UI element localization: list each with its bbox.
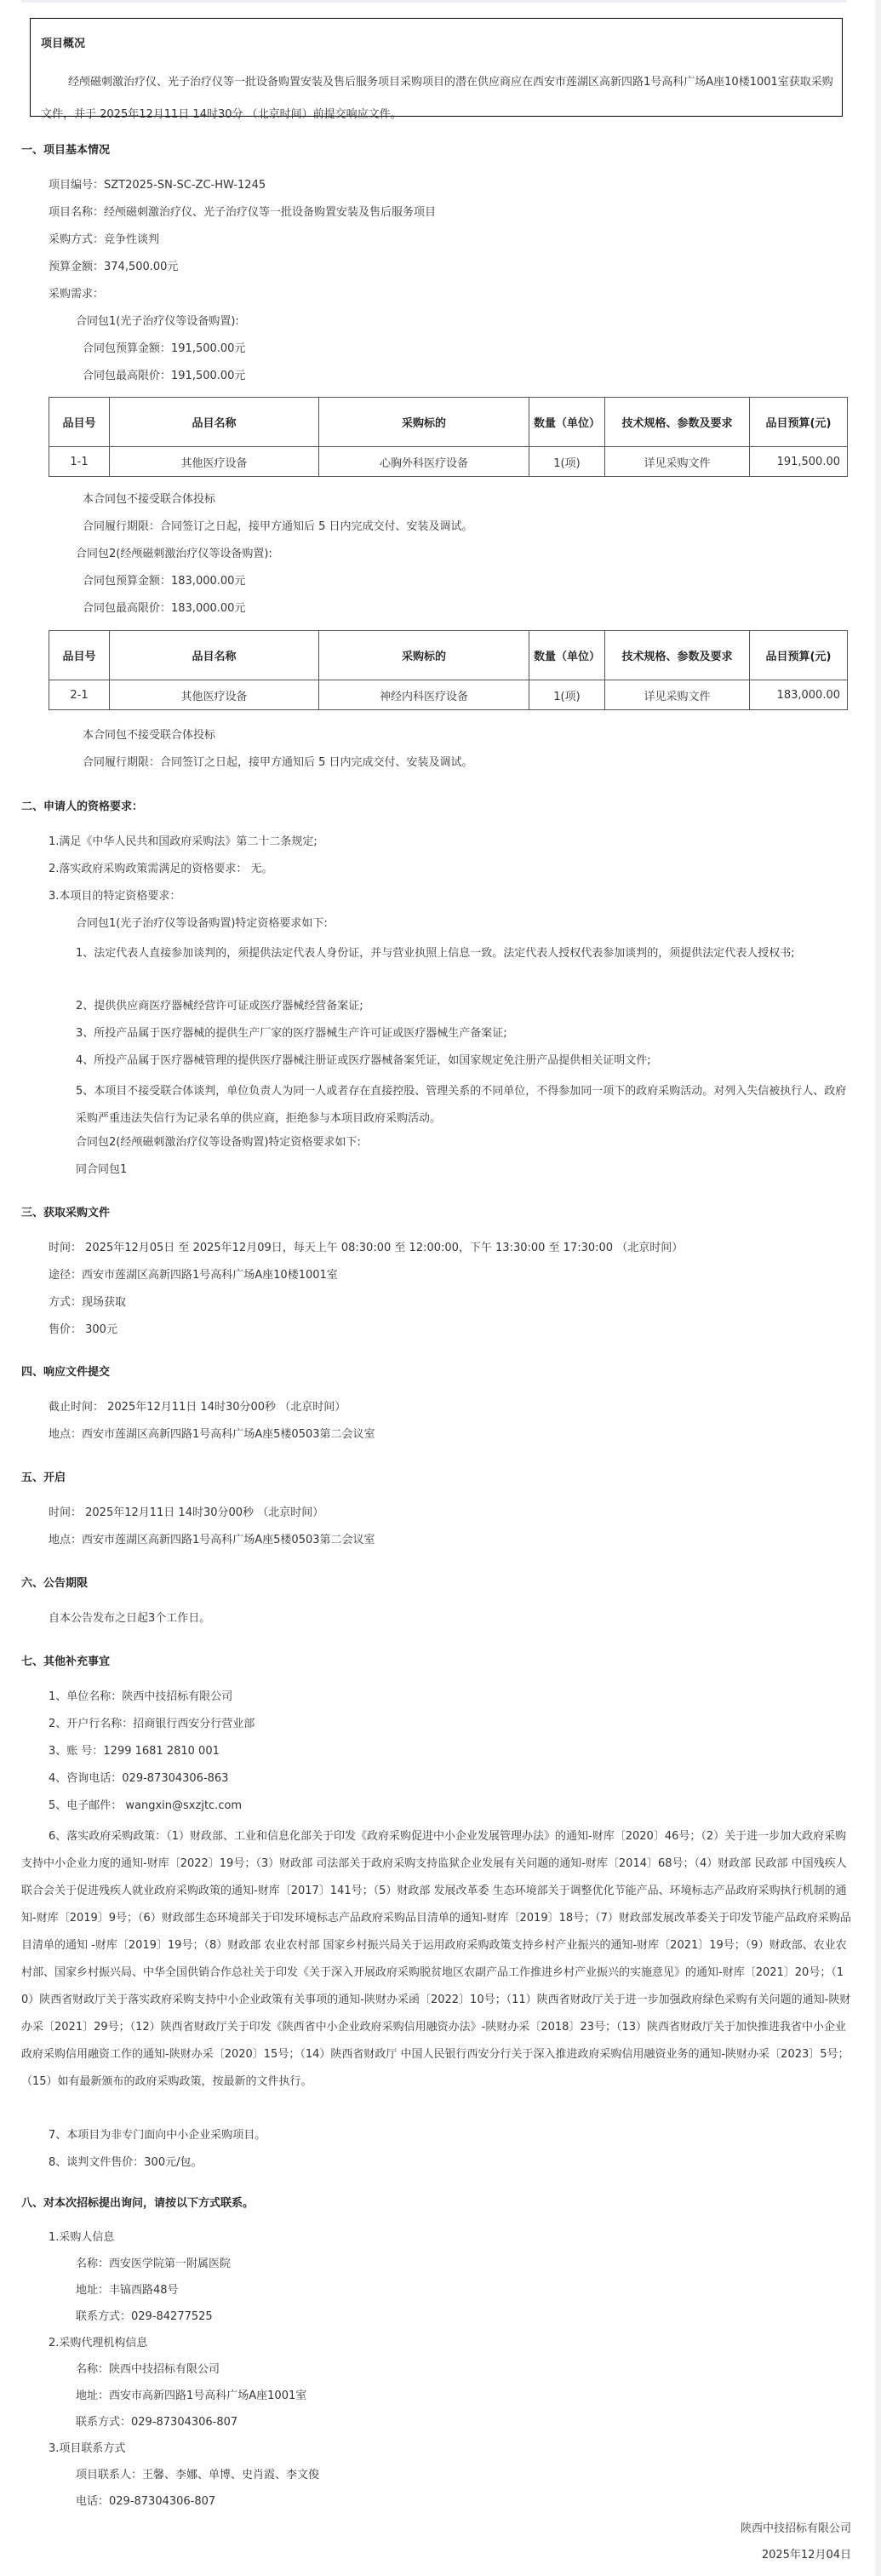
top-band xyxy=(21,0,847,3)
overview-title: 项目概况 xyxy=(41,34,85,50)
package-2-term: 合同履行期限：合同签订之日起，接甲方通知后 5 日内完成交付、安装及调试。 xyxy=(83,753,473,769)
buyer-address: 地址：丰镐西路48号 xyxy=(76,2281,179,2297)
buyer-contact: 联系方式：029-84277525 xyxy=(76,2307,213,2323)
package-2-budget: 合同包预算金额：183,000.00元 xyxy=(83,571,245,588)
col-target: 采购标的 xyxy=(319,398,529,447)
package-1-items-table: 品目号 品目名称 采购标的 数量（单位） 技术规格、参数及要求 品目预算(元) … xyxy=(49,397,848,477)
cell-budget: 183,000.00 xyxy=(750,680,848,710)
section-7-heading: 七、其他补充事宜 xyxy=(21,1652,110,1668)
package-2-qual-text: 同合同包1 xyxy=(76,1160,127,1176)
table-header-row: 品目号 品目名称 采购标的 数量（单位） 技术规格、参数及要求 品目预算(元) xyxy=(49,398,848,447)
col-item-name: 品目名称 xyxy=(110,631,319,680)
qualification-req-1: 1.满足《中华人民共和国政府采购法》第二十二条规定; xyxy=(49,832,318,848)
budget-amount: 预算金额：374,500.00元 xyxy=(49,257,178,273)
package-2-title: 合同包2(经颅磁刺激治疗仪等设备购置): xyxy=(76,544,272,560)
qualification-req-3: 3.本项目的特定资格要求： xyxy=(49,886,180,903)
package-1-title: 合同包1(光子治疗仪等设备购置): xyxy=(76,312,239,328)
supplement-item: 2、开户行名称：招商银行西安分行营业部 xyxy=(49,1714,255,1730)
cell-budget: 191,500.00 xyxy=(750,447,848,477)
submission-deadline: 截止时间： 2025年12月11日 14时30分00秒 （北京时间） xyxy=(49,1397,346,1414)
supplement-item-8: 8、谈判文件售价：300元/包。 xyxy=(49,2153,202,2169)
acquire-time: 时间： 2025年12月05日 至 2025年12月09日，每天上午 08:30… xyxy=(49,1238,683,1254)
signature-date: 2025年12月04日 xyxy=(762,2545,851,2562)
cell-item-no: 2-1 xyxy=(49,680,110,710)
table-row: 2-1 其他医疗设备 神经内科医疗设备 1(项) 详见采购文件 183,000.… xyxy=(49,680,848,710)
agency-contact: 联系方式：029-87304306-807 xyxy=(76,2412,237,2429)
procurement-demand: 采购需求： xyxy=(49,284,104,301)
package-1-qual-item: 2、提供供应商医疗器械经营许可证或医疗器械经营备案证; xyxy=(76,996,363,1013)
package-1-budget: 合同包预算金额：191,500.00元 xyxy=(83,339,245,355)
package-1-qual-item: 3、所投产品属于医疗器械的提供生产厂家的医疗器械生产许可证或医疗器械生产备案证; xyxy=(76,1024,507,1040)
section-3-heading: 三、获取采购文件 xyxy=(21,1203,110,1219)
section-4-heading: 四、响应文件提交 xyxy=(21,1363,110,1379)
procurement-method: 采购方式：竞争性谈判 xyxy=(49,230,159,246)
cell-item-name: 其他医疗设备 xyxy=(110,447,319,477)
package-1-qual-item: 1、法定代表人直接参加谈判的，须提供法定代表人身份证，并与营业执照上信息一致。法… xyxy=(76,940,855,967)
cell-item-no: 1-1 xyxy=(49,447,110,477)
signature-company: 陕西中技招标有限公司 xyxy=(741,2519,851,2535)
buyer-name: 名称：西安医学院第一附属医院 xyxy=(76,2254,231,2270)
col-budget: 品目预算(元) xyxy=(750,631,848,680)
cell-spec: 详见采购文件 xyxy=(605,680,750,710)
table-header-row: 品目号 品目名称 采购标的 数量（单位） 技术规格、参数及要求 品目预算(元) xyxy=(49,631,848,680)
package-1-qual-item: 5、本项目不接受联合体谈判，单位负责人为同一人或者存在直接控股、管理关系的不同单… xyxy=(76,1078,855,1133)
project-phone: 电话：029-87304306-807 xyxy=(76,2492,215,2508)
table-row: 1-1 其他医疗设备 心胸外科医疗设备 1(项) 详见采购文件 191,500.… xyxy=(49,447,848,477)
scrollbar[interactable] xyxy=(875,0,881,2576)
col-target: 采购标的 xyxy=(319,631,529,680)
supplement-item: 4、咨询电话：029-87304306-863 xyxy=(49,1769,228,1785)
col-spec: 技术规格、参数及要求 xyxy=(605,631,750,680)
cell-target: 神经内科医疗设备 xyxy=(319,680,529,710)
col-item-no: 品目号 xyxy=(49,631,110,680)
section-2-heading: 二、申请人的资格要求： xyxy=(21,797,143,813)
project-number: 项目编号：SZT2025-SN-SC-ZC-HW-1245 xyxy=(49,175,266,192)
supplement-item-7: 7、本项目为非专门面向中小企业采购项目。 xyxy=(49,2126,266,2142)
col-budget: 品目预算(元) xyxy=(750,398,848,447)
package-1-qual-item: 4、所投产品属于医疗器械管理的提供医疗器械注册证或医疗器械备案凭证，如国家规定免… xyxy=(76,1051,651,1067)
notice-period: 自本公告发布之日起3个工作日。 xyxy=(49,1609,210,1625)
package-2-consordium: 本合同包不接受联合体投标 xyxy=(83,726,215,742)
cell-target: 心胸外科医疗设备 xyxy=(319,447,529,477)
cell-quantity: 1(项) xyxy=(529,680,605,710)
buyer-info-title: 1.采购人信息 xyxy=(49,2228,114,2244)
project-name: 项目名称：经颅磁刺激治疗仪、光子治疗仪等一批设备购置安装及售后服务项目 xyxy=(49,203,436,219)
col-item-name: 品目名称 xyxy=(110,398,319,447)
acquire-route: 途径：西安市莲湖区高新四路1号高科广场A座10楼1001室 xyxy=(49,1265,338,1282)
package-1-consortium: 本合同包不接受联合体投标 xyxy=(83,490,215,506)
overview-text: 经颅磁刺激治疗仪、光子治疗仪等一批设备购置安装及售后服务项目采购项目的潜在供应商… xyxy=(41,66,838,131)
project-contacts: 项目联系人：王馨、李娜、单博、史肖霞、李文俊 xyxy=(76,2465,319,2481)
section-6-heading: 六、公告期限 xyxy=(21,1574,88,1590)
col-item-no: 品目号 xyxy=(49,398,110,447)
package-2-items-table: 品目号 品目名称 采购标的 数量（单位） 技术规格、参数及要求 品目预算(元) … xyxy=(49,630,848,710)
overview-box: 项目概况 经颅磁刺激治疗仪、光子治疗仪等一批设备购置安装及售后服务项目采购项目的… xyxy=(30,18,843,117)
agency-info-title: 2.采购代理机构信息 xyxy=(49,2333,147,2349)
cell-item-name: 其他医疗设备 xyxy=(110,680,319,710)
agency-address: 地址：西安市高新四路1号高科广场A座1001室 xyxy=(76,2386,306,2402)
acquire-price: 售价： 300元 xyxy=(49,1320,117,1336)
policy-paragraph: 6、落实政府采购政策：（1）财政部、工业和信息化部关于印发《政府采购促进中小企业… xyxy=(21,1823,854,2096)
opening-time: 时间： 2025年12月11日 14时30分00秒 （北京时间） xyxy=(49,1503,323,1519)
supplement-item: 1、单位名称：陕西中技招标有限公司 xyxy=(49,1687,232,1703)
cell-spec: 详见采购文件 xyxy=(605,447,750,477)
package-1-term: 合同履行期限：合同签订之日起，接甲方通知后 5 日内完成交付、安装及调试。 xyxy=(83,517,473,533)
qualification-req-2: 2.落实政府采购政策需满足的资格要求： 无。 xyxy=(49,859,273,875)
project-contact-title: 3.项目联系方式 xyxy=(49,2439,125,2455)
section-1-heading: 一、项目基本情况 xyxy=(21,141,110,157)
supplement-item: 3、账 号：1299 1681 2810 001 xyxy=(49,1741,220,1758)
package-2-max-price: 合同包最高限价：183,000.00元 xyxy=(83,599,245,615)
col-quantity: 数量（单位） xyxy=(529,398,605,447)
section-5-heading: 五、开启 xyxy=(21,1468,66,1484)
package-1-max-price: 合同包最高限价：191,500.00元 xyxy=(83,366,245,382)
col-quantity: 数量（单位） xyxy=(529,631,605,680)
opening-location: 地点：西安市莲湖区高新四路1号高科广场A座5楼0503第二会议室 xyxy=(49,1530,375,1546)
supplement-item-email: 5、电子邮件： wangxin@sxzjtc.com xyxy=(49,1796,242,1812)
agency-name: 名称：陕西中技招标有限公司 xyxy=(76,2360,220,2376)
package-1-qual-title: 合同包1(光子治疗仪等设备购置)特定资格要求如下: xyxy=(76,914,328,930)
section-8-heading: 八、对本次招标提出询问，请按以下方式联系。 xyxy=(21,2194,254,2210)
col-spec: 技术规格、参数及要求 xyxy=(605,398,750,447)
acquire-method: 方式：现场获取 xyxy=(49,1293,126,1309)
package-2-qual-title: 合同包2(经颅磁刺激治疗仪等设备购置)特定资格要求如下: xyxy=(76,1133,361,1149)
cell-quantity: 1(项) xyxy=(529,447,605,477)
submission-location: 地点：西安市莲湖区高新四路1号高科广场A座5楼0503第二会议室 xyxy=(49,1425,375,1441)
